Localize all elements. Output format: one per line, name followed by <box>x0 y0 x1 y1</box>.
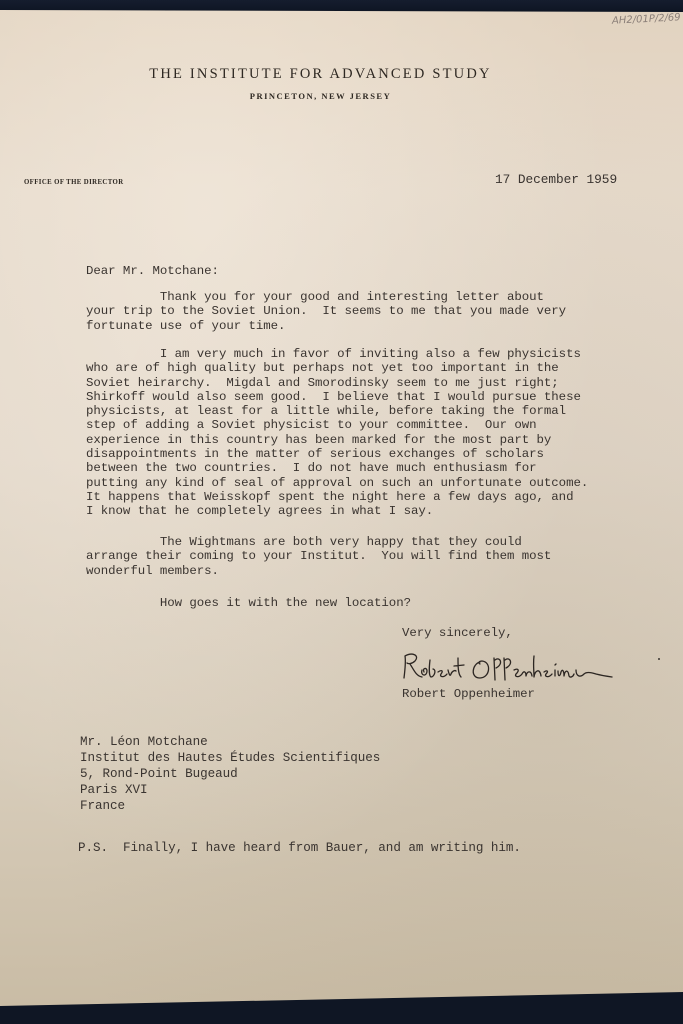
letterhead-institution: THE INSTITUTE FOR ADVANCED STUDY <box>0 66 662 83</box>
handwritten-signature-icon: Robert Oppenheimer <box>400 650 630 684</box>
body-paragraph: I am very much in favor of inviting also… <box>86 347 588 519</box>
closing: Very sincerely, <box>402 626 513 640</box>
address-line: 5, Rond-Point Bugeaud <box>80 766 380 782</box>
address-line: Mr. Léon Motchane <box>80 734 380 750</box>
salutation: Dear Mr. Motchane: <box>86 264 219 278</box>
address-line: Institut des Hautes Études Scientifiques <box>80 750 380 766</box>
body-paragraph: The Wightmans are both very happy that t… <box>86 535 551 578</box>
letterhead-office: OFFICE OF THE DIRECTOR <box>24 179 124 186</box>
backdrop-top <box>0 0 683 12</box>
postscript: P.S. Finally, I have heard from Bauer, a… <box>78 841 521 855</box>
address-line: France <box>80 798 380 814</box>
body-paragraph: How goes it with the new location? <box>86 596 411 610</box>
letter-page: AH2/01P/2/69 THE INSTITUTE FOR ADVANCED … <box>0 10 683 1006</box>
letterhead-location: PRINCETON, NEW JERSEY <box>0 91 662 101</box>
archive-mark: AH2/01P/2/69 <box>612 12 681 27</box>
ink-speck <box>658 658 660 660</box>
address-line: Paris XVI <box>80 782 380 798</box>
letter-date: 17 December 1959 <box>495 173 617 187</box>
typed-signature-name: Robert Oppenheimer <box>402 687 535 701</box>
body-paragraph: Thank you for your good and interesting … <box>86 290 566 333</box>
recipient-address: Mr. Léon MotchaneInstitut des Hautes Étu… <box>80 734 380 814</box>
